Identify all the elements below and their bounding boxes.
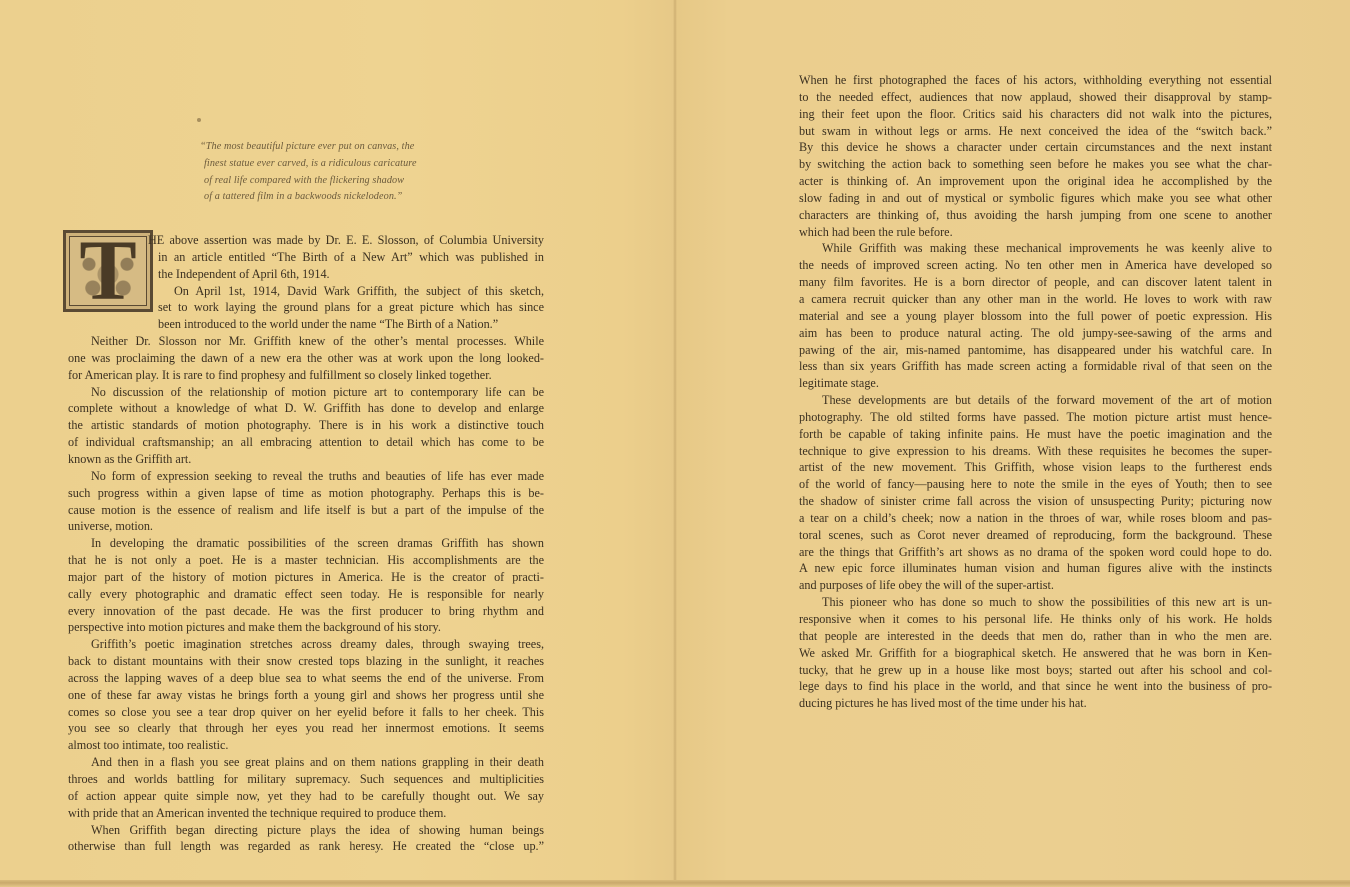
text-line: universe, motion. xyxy=(68,518,544,535)
text-line: In developing the dramatic possibilities… xyxy=(68,535,544,552)
epigraph-line: “The most beautiful picture ever put on … xyxy=(200,139,430,156)
text-line: throes and worlds battling for military … xyxy=(68,771,544,788)
text-line: cause motion is the essence of realism a… xyxy=(68,502,544,519)
text-line: of individual craftsmanship; an all embr… xyxy=(68,434,544,451)
ink-spot xyxy=(197,118,201,122)
text-line: When he first photographed the faces of … xyxy=(799,72,1272,89)
text-line: And then in a flash you see great plains… xyxy=(68,754,544,771)
text-line: aim has been to produce natural acting. … xyxy=(799,325,1272,342)
text-line: the needs of improved screen acting. No … xyxy=(799,257,1272,274)
text-line: lege days to find his place in the world… xyxy=(799,678,1272,695)
text-line: photography. The old stilted forms have … xyxy=(799,409,1272,426)
text-line: toral scenes, such as Corot never dreame… xyxy=(799,527,1272,544)
text-line: slow fading in and out of mystical or sy… xyxy=(799,190,1272,207)
text-line: technique to give expression to his drea… xyxy=(799,443,1272,460)
text-line: but swam in without legs or arms. He nex… xyxy=(799,123,1272,140)
text-line: material and see a young player blossom … xyxy=(799,308,1272,325)
text-line: the Independent of April 6th, 1914. xyxy=(158,266,544,283)
epigraph-line: of a tattered film in a backwoods nickel… xyxy=(204,189,430,206)
text-line: These developments are but details of th… xyxy=(799,392,1272,409)
left-page-body-text: HE above assertion was made by Dr. E. E.… xyxy=(68,232,544,855)
book-gutter xyxy=(673,0,677,887)
text-line: While Griffith was making these mechanic… xyxy=(799,240,1272,257)
text-line: to the needed effect, audiences that now… xyxy=(799,89,1272,106)
text-line: ing their feet upon the floor. Critics s… xyxy=(799,106,1272,123)
text-line: of the world of fancy—pausing here to no… xyxy=(799,476,1272,493)
text-line: you see so clearly that through her eyes… xyxy=(68,720,544,737)
text-line: that people are interested in the deeds … xyxy=(799,628,1272,645)
text-line: known as the Griffith art. xyxy=(68,451,544,468)
text-line: a camera recruit quicker than any other … xyxy=(799,291,1272,308)
text-line: otherwise than full length was regarded … xyxy=(68,838,544,855)
text-line: by switching the action back to somethin… xyxy=(799,156,1272,173)
text-line: that he is not only a poet. He is a mast… xyxy=(68,552,544,569)
text-line: ducing pictures he has lived most of the… xyxy=(799,695,1272,712)
text-line: with pride that an American invented the… xyxy=(68,805,544,822)
epigraph-line: finest statue ever carved, is a ridiculo… xyxy=(204,156,430,173)
text-line: forth be capable of taking infinite pain… xyxy=(799,426,1272,443)
text-line: are the things that Griffith’s art shows… xyxy=(799,544,1272,561)
text-line: Neither Dr. Slosson nor Mr. Griffith kne… xyxy=(68,333,544,350)
text-line: a tear on a child’s cheek; now a nation … xyxy=(799,510,1272,527)
text-line: pawing of the air, mis-named pantomime, … xyxy=(799,342,1272,359)
text-line: This pioneer who has done so much to sho… xyxy=(799,594,1272,611)
text-line: the artistic standards of motion photogr… xyxy=(68,417,544,434)
text-line: the shadow of sinister crime fall across… xyxy=(799,493,1272,510)
text-line: one was proclaiming the dawn of a new er… xyxy=(68,350,544,367)
text-line: in an article entitled “The Birth of a N… xyxy=(158,249,544,266)
text-line: We asked Mr. Griffith for a biographical… xyxy=(799,645,1272,662)
text-line: When Griffith began directing picture pl… xyxy=(68,822,544,839)
text-line: for American play. It is rare to find pr… xyxy=(68,367,544,384)
text-line: legitimate stage. xyxy=(799,375,1272,392)
text-line: tucky, that he grew up in a house like m… xyxy=(799,662,1272,679)
text-line: On April 1st, 1914, David Wark Griffith,… xyxy=(158,283,544,300)
epigraph-quote: “The most beautiful picture ever put on … xyxy=(200,139,430,206)
text-line: artist of the new movement. This Griffit… xyxy=(799,459,1272,476)
text-line: No form of expression seeking to reveal … xyxy=(68,468,544,485)
right-page-body-text: When he first photographed the faces of … xyxy=(799,72,1272,712)
text-line: almost too intimate, too realistic. xyxy=(68,737,544,754)
text-line: comes so close you see a tear drop quive… xyxy=(68,704,544,721)
text-line: and purposes of life obey the will of th… xyxy=(799,577,1272,594)
text-line: many film favorites. He is a born direct… xyxy=(799,274,1272,291)
text-line: such progress within a given lapse of ti… xyxy=(68,485,544,502)
text-line: No discussion of the relationship of mot… xyxy=(68,384,544,401)
text-line: which had been the rule before. xyxy=(799,224,1272,241)
text-line: responsive when it comes to his personal… xyxy=(799,611,1272,628)
text-line: of action appear quite simple now, yet t… xyxy=(68,788,544,805)
text-line: By this device he shows a character unde… xyxy=(799,139,1272,156)
text-line: Griffith’s poetic imagination stretches … xyxy=(68,636,544,653)
text-line: HE above assertion was made by Dr. E. E.… xyxy=(148,232,544,249)
text-line: complete without a knowledge of what D. … xyxy=(68,400,544,417)
text-line: perspective into motion pictures and mak… xyxy=(68,619,544,636)
text-line: every innovation of the past decade. He … xyxy=(68,603,544,620)
page-bottom-edge xyxy=(0,880,1350,887)
text-line: cally every photographic and dramatic ef… xyxy=(68,586,544,603)
text-line: set to work laying the ground plans for … xyxy=(158,299,544,316)
book-spread: “The most beautiful picture ever put on … xyxy=(0,0,1350,887)
text-line: major part of the history of motion pict… xyxy=(68,569,544,586)
text-line: less than six years Griffith has made sc… xyxy=(799,358,1272,375)
text-line: back to distant mountains with their sno… xyxy=(68,653,544,670)
text-line: one of these far away vistas he brings f… xyxy=(68,687,544,704)
text-line: A new epic force illuminates human visio… xyxy=(799,560,1272,577)
epigraph-line: of real life compared with the flickerin… xyxy=(204,173,430,190)
text-line: across the lapping waves of a deep blue … xyxy=(68,670,544,687)
text-line: acter is thinking of. An improvement upo… xyxy=(799,173,1272,190)
text-line: been introduced to the world under the n… xyxy=(158,316,544,333)
text-line: characters are thinking of, thus avoidin… xyxy=(799,207,1272,224)
